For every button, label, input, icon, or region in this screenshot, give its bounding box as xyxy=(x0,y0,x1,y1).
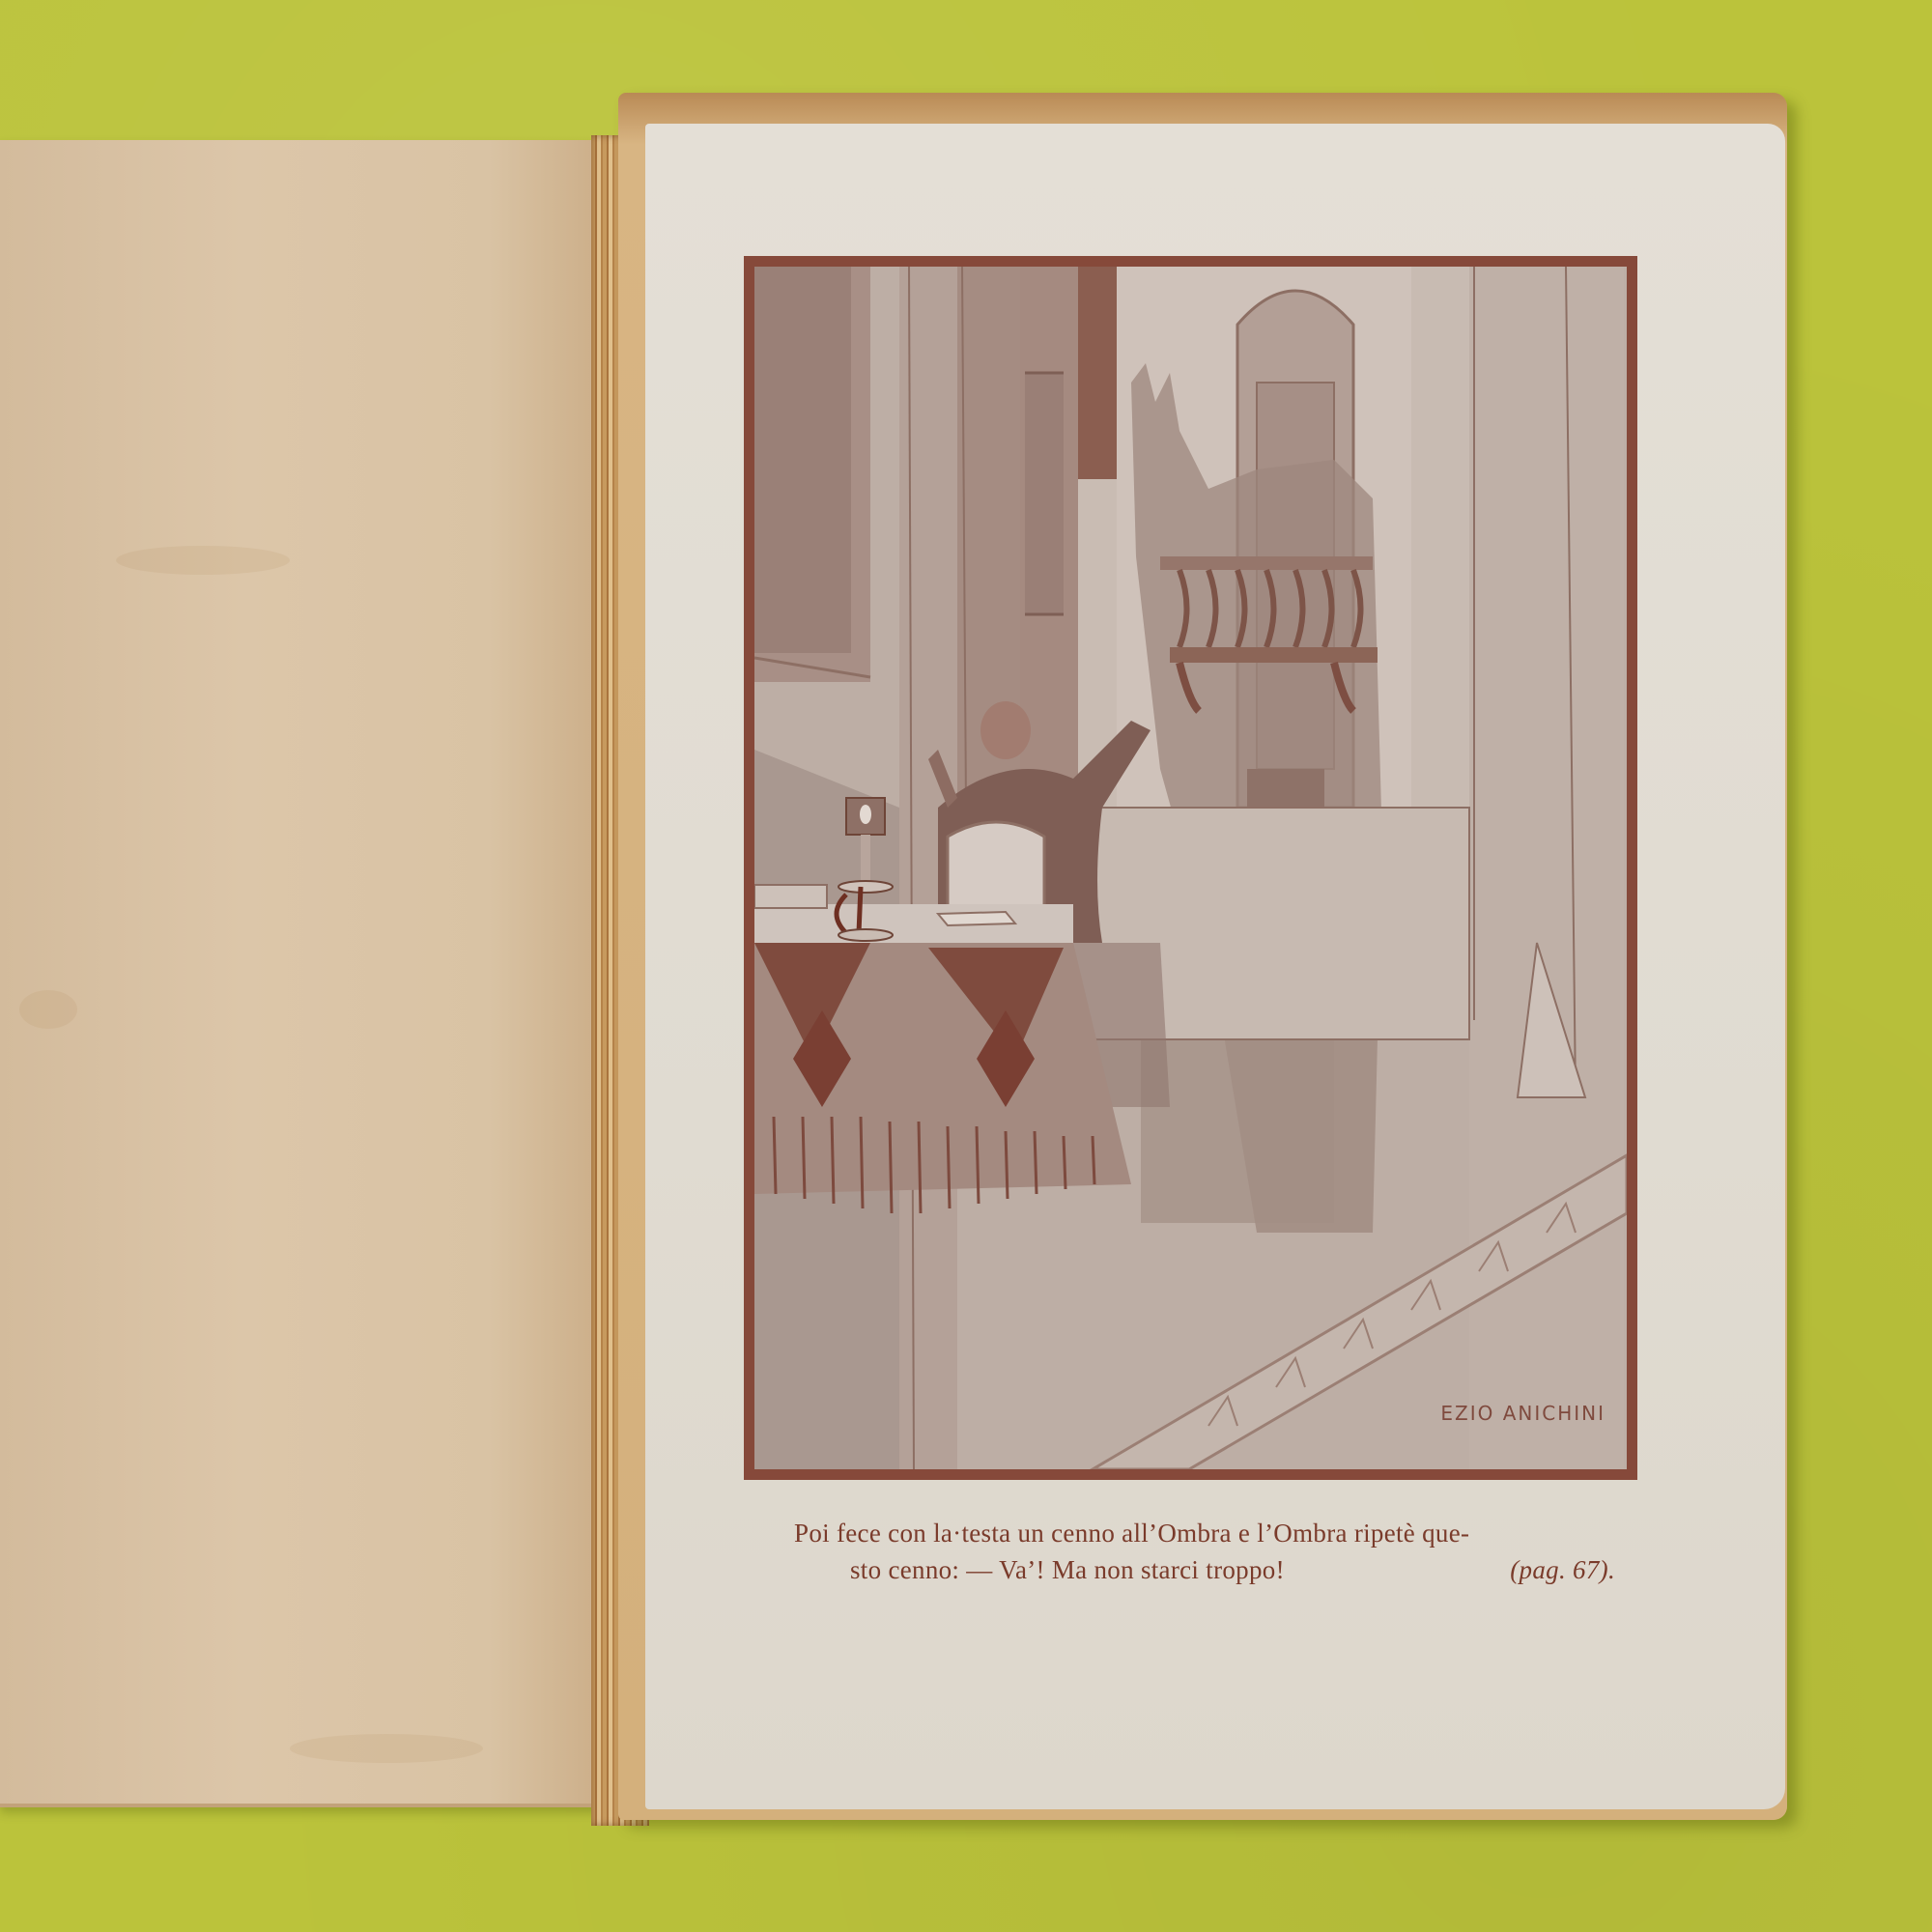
caption-quote: sto cenno: — Va’! Ma non starci troppo! xyxy=(850,1551,1285,1588)
illustration-plate: EZIO ANICHINI xyxy=(744,256,1637,1480)
page-reference: (pag. 67). xyxy=(1510,1551,1615,1588)
page-stain xyxy=(290,1734,483,1763)
left-blank-page xyxy=(0,140,611,1807)
artist-signature: EZIO ANICHINI xyxy=(1440,1402,1605,1425)
page-stain xyxy=(116,546,290,575)
illustration-drawing xyxy=(754,267,1627,1469)
caption-line-2: sto cenno: — Va’! Ma non starci troppo! … xyxy=(794,1551,1615,1588)
page-stain xyxy=(19,990,77,1029)
plate-caption: Poi fece con la·testa un cenno all’Ombra… xyxy=(794,1515,1615,1588)
caption-line-1: Poi fece con la·testa un cenno all’Ombra… xyxy=(794,1515,1615,1551)
